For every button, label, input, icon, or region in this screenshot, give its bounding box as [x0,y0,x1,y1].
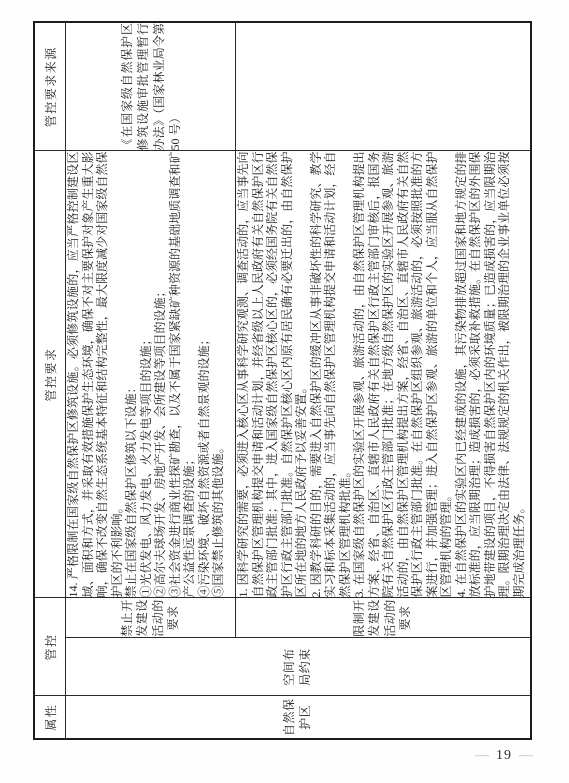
requirement-cell-restricted: 1. 因科学研究的需要，必须进入核心区从事科学研究观测、调查活动的，应当事先向自… [236,151,531,598]
source-cell-restricted [236,22,531,151]
header-attribute: 属性 [34,696,66,739]
header-requirement: 管控要求 [34,151,66,598]
document-page: 属性 管控 管控要求 管控要求来源 自然保 护区 空间布 局约束 禁止开 发建设… [0,0,569,783]
rotated-table-container: 属性 管控 管控要求 管控要求来源 自然保 护区 空间布 局约束 禁止开 发建设… [33,23,528,740]
page-number-value: 19 [496,748,512,763]
header-control: 管控 [34,598,66,696]
table-row: 限制开 发建设 活动的 要求 1. 因科学研究的需要，必须进入核心区从事科学研究… [236,22,531,739]
table-row: 自然保 护区 空间布 局约束 禁止开 发建设 活动的 要求 14. 严格限制在国… [66,22,236,739]
regulation-table: 属性 管控 管控要求 管控要求来源 自然保 护区 空间布 局约束 禁止开 发建设… [33,21,532,740]
control-dimension-cell: 空间布 局约束 [66,638,531,696]
page-number-dash-left: — [468,748,496,763]
attribute-value-cell: 自然保 护区 [66,696,531,739]
page-number-dash-right: — [512,748,540,763]
table-header-row: 属性 管控 管控要求 管控要求来源 [34,22,66,739]
category-cell-restricted: 限制开 发建设 活动的 要求 [236,598,531,638]
header-source: 管控要求来源 [34,22,66,151]
source-cell-prohibited: 《在国家级自然保护区修筑设施审批管理暂行办法》（国家林业局令第 50 号） [66,22,236,151]
page-number: —19— [448,748,560,764]
requirement-cell-prohibited: 14. 严格限制在国家级自然保护区修筑设施。必须修筑设施的，应当严格控制建设区域… [66,151,236,598]
category-cell-prohibited: 禁止开 发建设 活动的 要求 [66,598,236,638]
